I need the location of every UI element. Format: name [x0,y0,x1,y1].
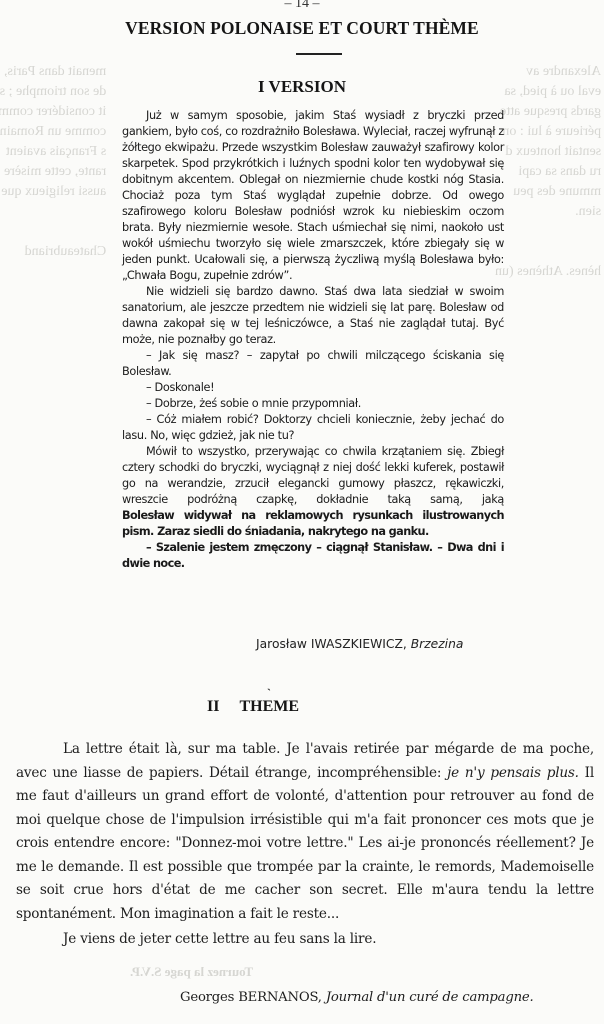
show-through-line: sentait honteux d [495,142,601,162]
polish-paragraph: – Jak się masz? – zapytał po chwili milc… [122,348,504,380]
french-text-run: Je viens de jeter cette lettre au feu sa… [63,931,376,947]
show-through-line: gards presque atte [495,102,601,122]
polish-signature: Jarosław IWASZKIEWICZ, Brzezina [256,637,463,651]
section-theme-title: IITHEME ` [207,698,299,716]
show-through-line: it considérer comme [0,102,106,122]
polish-paragraph: – Doskonale! [122,380,504,396]
french-author: Georges BERNANOS, [180,990,322,1005]
show-through-line: s Français avaient [0,142,106,162]
french-paragraph: La lettre était là, sur ma table. Je l'a… [16,738,594,926]
polish-text: Już w samym sposobie, jakim Staś wysiadł… [122,108,504,572]
polish-author: Jarosław IWASZKIEWICZ, [256,637,407,651]
polish-paragraph-bold: – Szalenie jestem zmęczony – ciągnął Sta… [122,540,504,572]
french-italic-run: je n'y pensais plus. [447,765,579,781]
polish-paragraph: Nie widzieli się bardzo dawno. Staś dwa … [122,284,504,348]
show-through-line: périeure à lui : on [495,122,601,142]
show-through-line [495,222,601,242]
show-through-line: sien. [495,202,601,222]
polish-paragraph: Mówił to wszystko, przerywając co chwila… [122,444,504,508]
page-number: – 14 – [0,0,604,12]
polish-paragraph: – Cóż miałem robić? Doktorzy chcieli kon… [122,412,504,444]
show-through-line: comme un Romain [0,122,106,142]
french-text-run: Il me faut d'ailleurs un grand effort de… [16,765,594,922]
polish-paragraph: Już w samym sposobie, jakim Staś wysiadł… [122,108,504,284]
show-through-line: mmune des peu [495,182,601,202]
polish-paragraph-bold: Bolesław widywał na reklamowych rysunkac… [122,508,504,540]
french-signature: Georges BERNANOS, Journal d'un curé de c… [180,990,533,1005]
polish-paragraph: – Dobrze, żeś sobie o mnie przypomniał. [122,396,504,412]
section-theme-numeral: II [207,698,219,715]
show-through-line [0,222,106,242]
show-through-line: rante, cette misère [0,162,106,182]
show-through-line [0,202,106,222]
title-divider [296,53,342,55]
show-through-line: aussi religieux que [0,182,106,202]
page-title: VERSION POLONAISE ET COURT THÈME [0,18,604,39]
grave-accent-mark: ` [267,686,271,701]
section-version-title: I VERSION [0,77,604,97]
show-through-line: ru dans sa capi [495,162,601,182]
french-paragraph: Je viens de jeter cette lettre au feu sa… [16,928,594,952]
show-through-line: hènes. Athènes (un [495,262,601,282]
show-through-bottom: Tournez la page S.V.P. [130,962,253,982]
polish-source: Brzezina [411,637,464,651]
show-through-line [495,242,601,262]
french-text: La lettre était là, sur ma table. Je l'a… [16,738,594,952]
french-source: Journal d'un curé de campagne. [326,990,534,1005]
show-through-line: Chateaubriand [0,242,106,262]
